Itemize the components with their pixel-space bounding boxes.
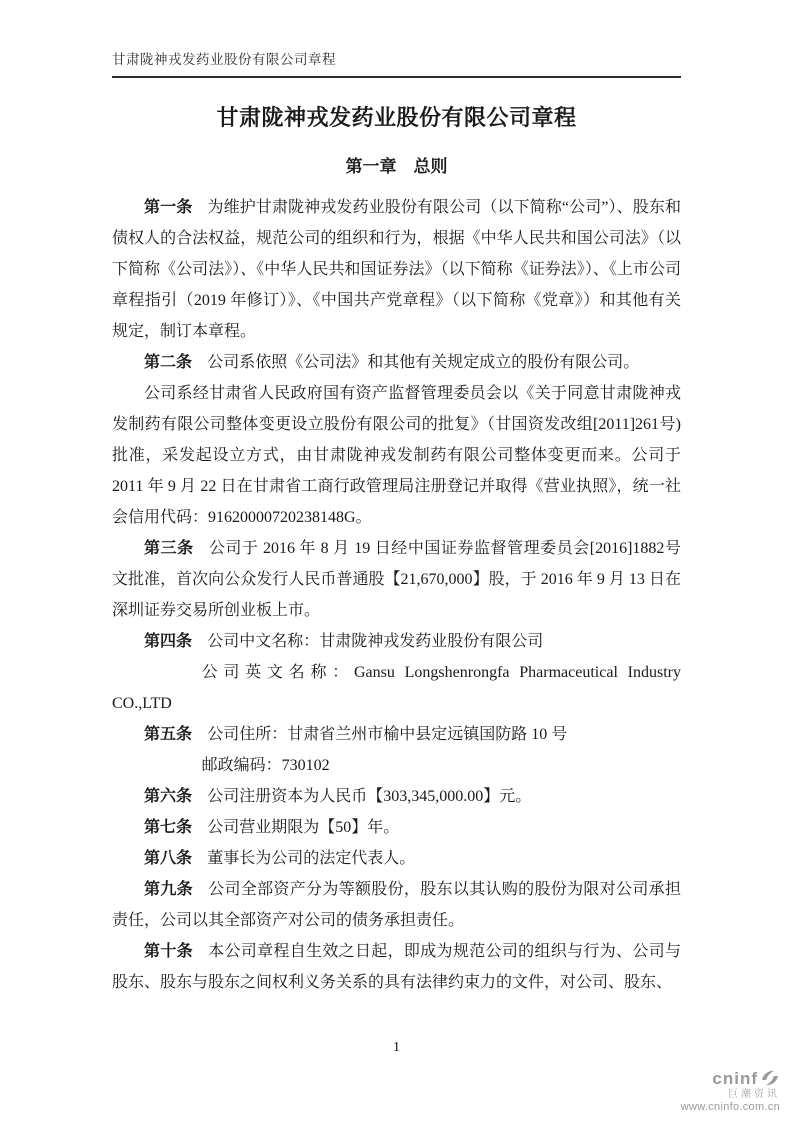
document-title: 甘肃陇神戎发药业股份有限公司章程: [0, 105, 793, 131]
article-number: 第七条: [144, 819, 192, 836]
article-text: 公司注册资本为人民币【303,345,000.00】元。: [207, 788, 531, 805]
article-text: 公司全部资产分为等额股份，股东以其认购的股份为限对公司承担责任，公司以其全部资产…: [112, 881, 681, 929]
article-text: 公司营业期限为【50】年。: [207, 819, 399, 836]
cninfo-logo-text: cninf: [712, 1070, 758, 1087]
article-paragraph: 第六条公司注册资本为人民币【303,345,000.00】元。: [112, 781, 681, 812]
article-paragraph: 第二条公司系依照《公司法》和其他有关规定成立的股份有限公司。: [112, 347, 681, 378]
article-paragraph: 第三条公司于 2016 年 8 月 19 日经中国证券监督管理委员会[2016]…: [112, 533, 681, 626]
article-number: 第一条: [144, 199, 192, 216]
cninfo-logo-row: cninf: [681, 1068, 780, 1088]
article-text: 公司系经甘肃省人民政府国有资产监督管理委员会以《关于同意甘肃陇神戎发制药有限公司…: [112, 385, 681, 526]
page-header: 甘肃陇神戎发药业股份有限公司章程: [112, 52, 681, 78]
document-page: 甘肃陇神戎发药业股份有限公司章程 甘肃陇神戎发药业股份有限公司章程 第一章 总则…: [0, 0, 793, 1122]
article-paragraph: 邮政编码：730102: [112, 750, 681, 781]
article-number: 第五条: [144, 726, 192, 743]
article-number: 第十条: [144, 943, 193, 960]
article-paragraph: 第一条为维护甘肃陇神戎发药业股份有限公司（以下简称“公司”）、股东和债权人的合法…: [112, 192, 681, 347]
article-paragraph: 公司英文名称：Gansu Longshenrongfa Pharmaceutic…: [112, 657, 681, 719]
cninfo-logo-chinese: 巨潮资讯: [681, 1090, 780, 1100]
article-paragraph: 第八条董事长为公司的法定代表人。: [112, 843, 681, 874]
article-paragraph: 第七条公司营业期限为【50】年。: [112, 812, 681, 843]
article-number: 第六条: [144, 788, 192, 805]
cninfo-swirl-icon: [760, 1068, 780, 1088]
article-text: 公司英文名称：Gansu Longshenrongfa Pharmaceutic…: [112, 664, 681, 712]
article-text: 公司于 2016 年 8 月 19 日经中国证券监督管理委员会[2016]188…: [112, 540, 681, 619]
page-number: 1: [0, 1040, 793, 1056]
article-text: 董事长为公司的法定代表人。: [207, 850, 415, 867]
article-paragraph: 第四条公司中文名称：甘肃陇神戎发药业股份有限公司: [112, 626, 681, 657]
header-divider: [112, 76, 681, 78]
chapter-heading: 第一章 总则: [0, 157, 793, 177]
cninfo-logo: cninf 巨潮资讯 www.cninfo.com.cn: [681, 1068, 780, 1113]
article-text: 为维护甘肃陇神戎发药业股份有限公司（以下简称“公司”）、股东和债权人的合法权益，…: [112, 199, 681, 340]
article-text: 公司中文名称：甘肃陇神戎发药业股份有限公司: [207, 633, 543, 650]
articles: 第一条为维护甘肃陇神戎发药业股份有限公司（以下简称“公司”）、股东和债权人的合法…: [112, 192, 681, 998]
article-number: 第二条: [144, 354, 192, 371]
article-paragraph: 第五条公司住所：甘肃省兰州市榆中县定远镇国防路 10 号: [112, 719, 681, 750]
article-paragraph: 公司系经甘肃省人民政府国有资产监督管理委员会以《关于同意甘肃陇神戎发制药有限公司…: [112, 378, 681, 533]
article-number: 第三条: [144, 540, 194, 557]
article-text: 公司住所：甘肃省兰州市榆中县定远镇国防路 10 号: [207, 726, 567, 743]
article-number: 第八条: [144, 850, 192, 867]
article-text: 公司系依照《公司法》和其他有关规定成立的股份有限公司。: [207, 354, 639, 371]
running-header-title: 甘肃陇神戎发药业股份有限公司章程: [112, 52, 681, 68]
article-number: 第九条: [144, 881, 193, 898]
article-number: 第四条: [144, 633, 192, 650]
article-paragraph: 第十条本公司章程自生效之日起，即成为规范公司的组织与行为、公司与股东、股东与股东…: [112, 936, 681, 998]
article-paragraph: 第九条公司全部资产分为等额股份，股东以其认购的股份为限对公司承担责任，公司以其全…: [112, 874, 681, 936]
article-text: 本公司章程自生效之日起，即成为规范公司的组织与行为、公司与股东、股东与股东之间权…: [112, 943, 681, 991]
article-text: 邮政编码：730102: [202, 757, 330, 774]
cninfo-logo-url: www.cninfo.com.cn: [681, 1102, 780, 1113]
